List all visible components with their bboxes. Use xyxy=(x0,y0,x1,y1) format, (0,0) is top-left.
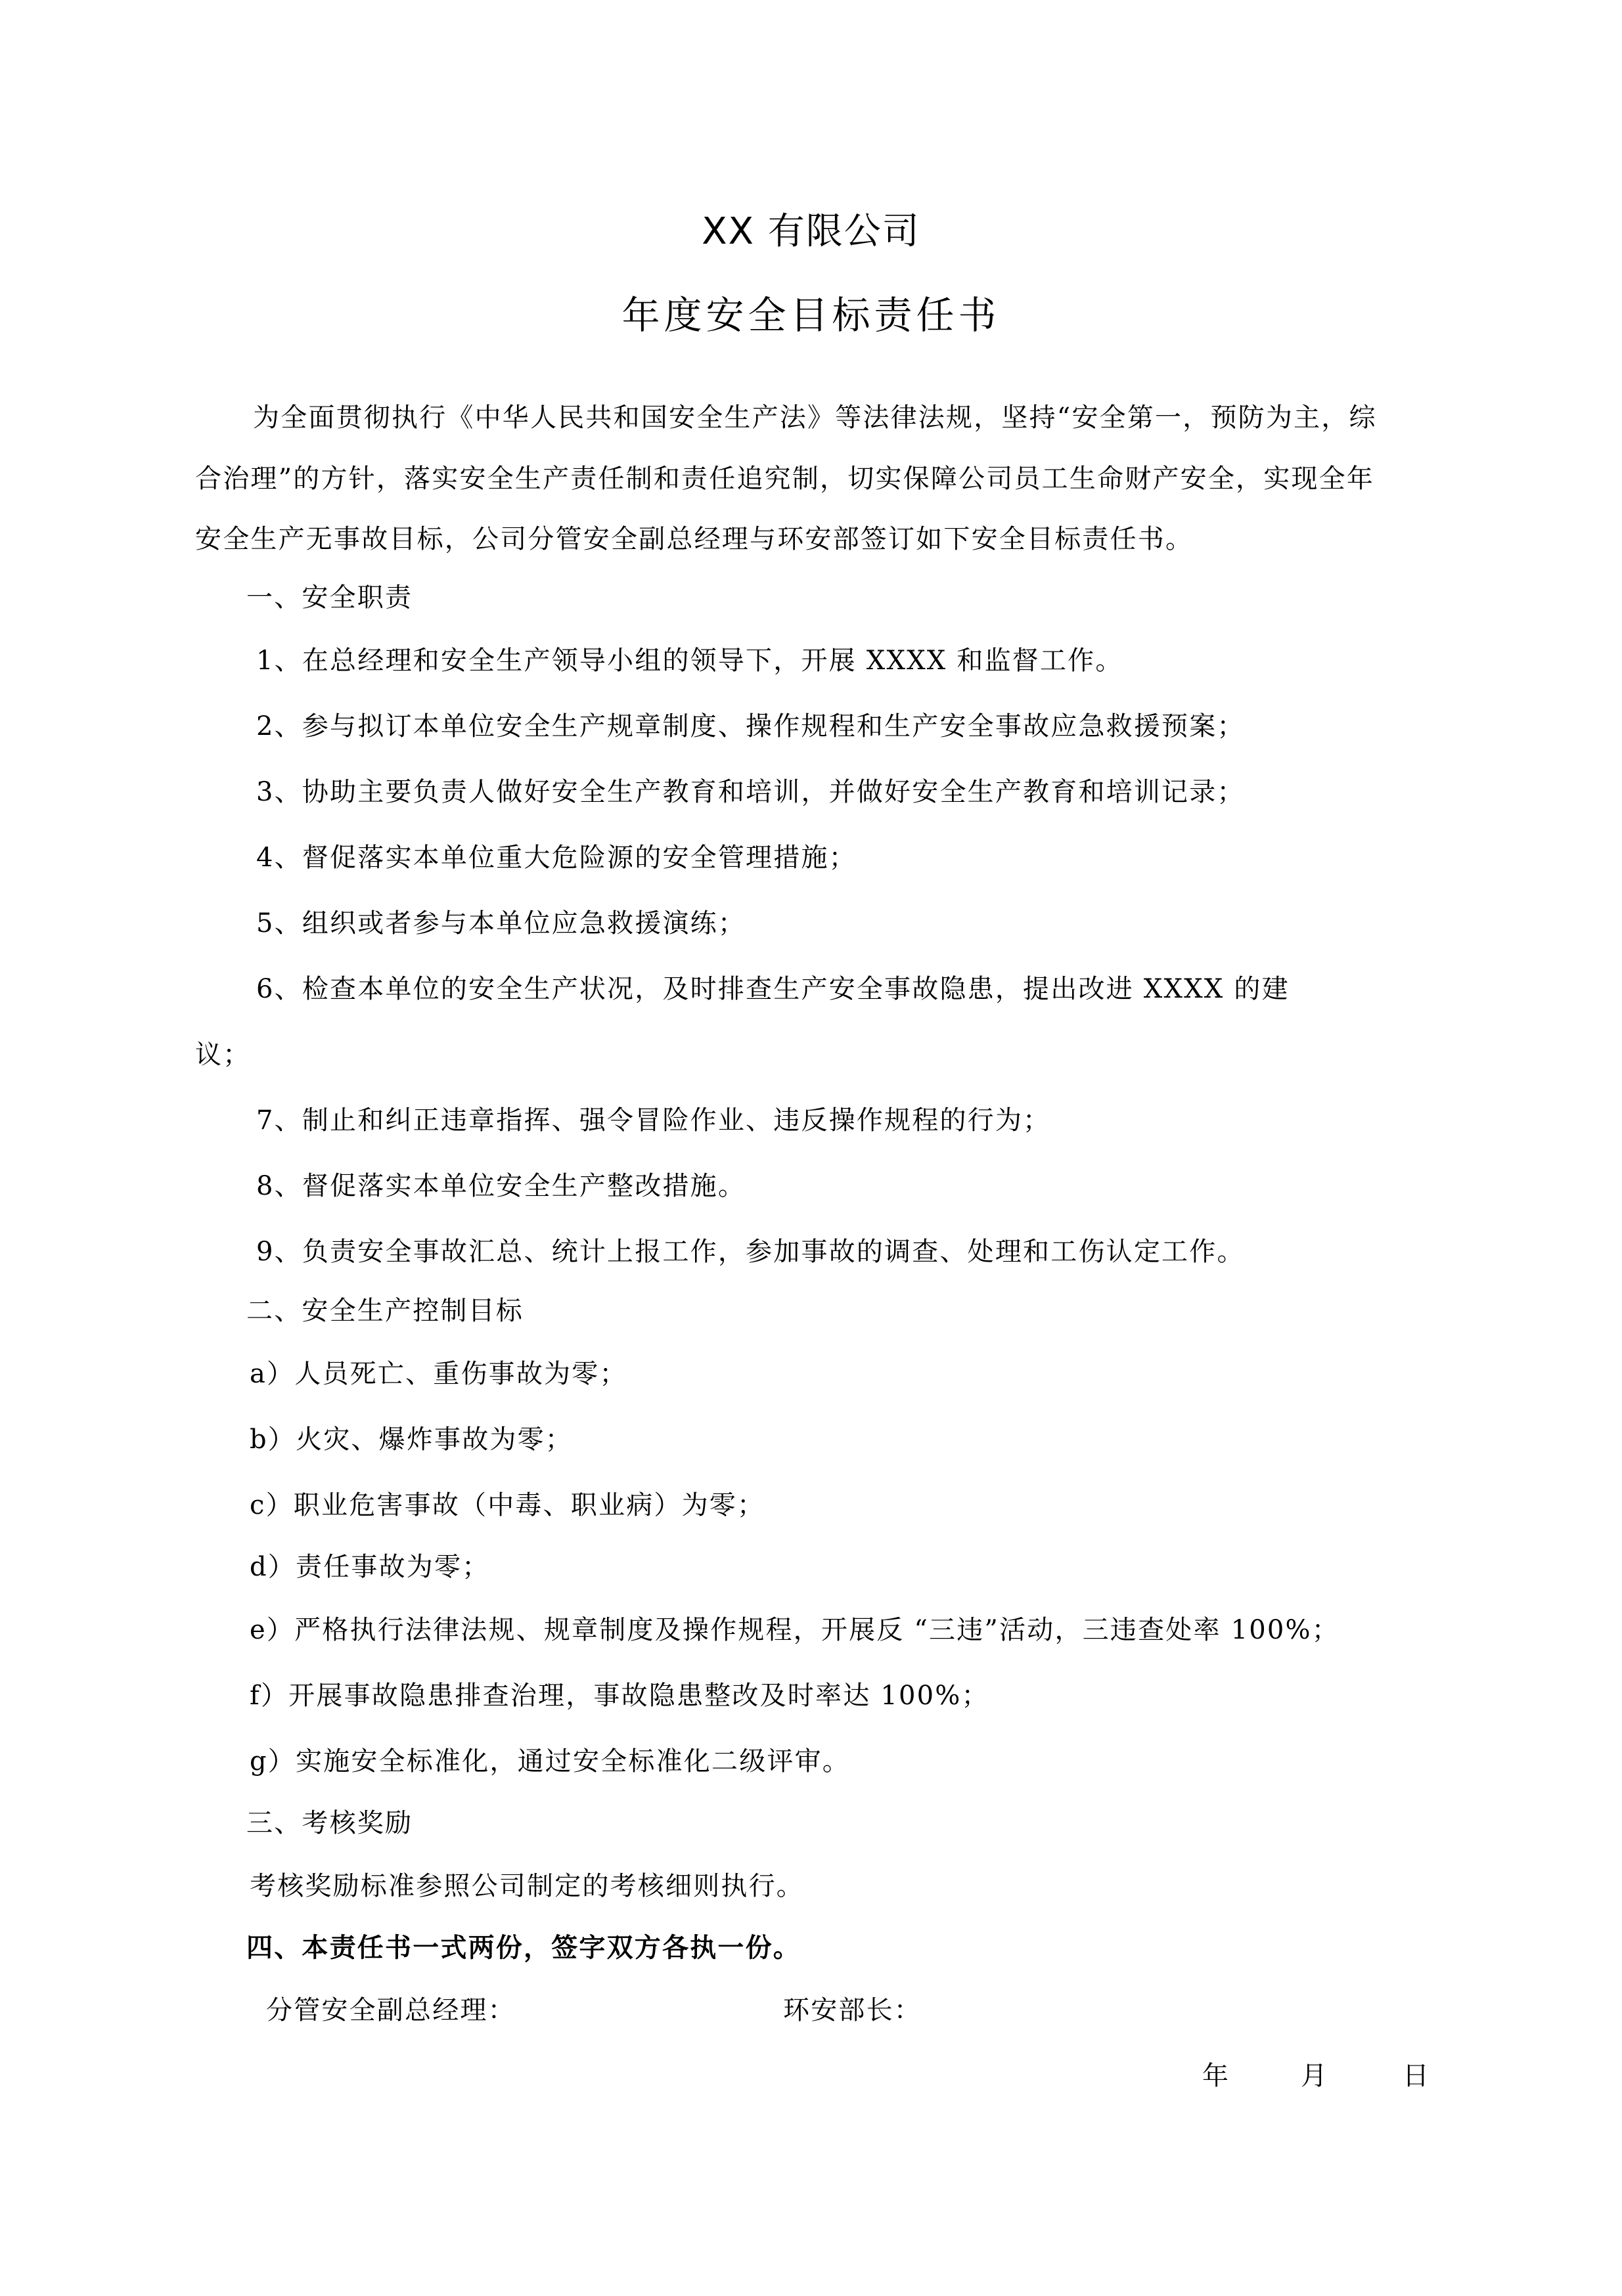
signature-label-deputy-gm: 分管安全副总经理： xyxy=(266,1995,516,2026)
list-item: 7、制止和纠正违章指挥、强令冒险作业、违反操作规程的行为； xyxy=(256,1105,1050,1136)
list-item: d）责任事故为零； xyxy=(250,1551,489,1583)
section-heading: 四、本责任书一式两份，签字双方各执一份。 xyxy=(246,1932,801,1964)
list-item: a）人员死亡、重伤事故为零； xyxy=(250,1358,627,1390)
company-title: XX 有限公司 xyxy=(0,209,1622,255)
list-item-continuation: 议； xyxy=(195,1039,250,1071)
document-title: 年度安全目标责任书 xyxy=(0,292,1622,339)
list-item: f）开展事故隐患排查治理，事故隐患整改及时率达 100%； xyxy=(250,1680,989,1711)
list-item: 9、负责安全事故汇总、统计上报工作，参加事故的调查、处理和工伤认定工作。 xyxy=(256,1236,1245,1268)
list-item: 5、组织或者参与本单位应急救援演练； xyxy=(256,908,746,939)
intro-line: 为全面贯彻执行《中华人民共和国安全生产法》等法律法规，坚持“安全第一，预防为主，… xyxy=(253,402,1377,433)
list-item: 3、协助主要负责人做好安全生产教育和培训，并做好安全生产教育和培训记录； xyxy=(256,776,1245,808)
intro-line: 合治理”的方针，落实安全生产责任制和责任追究制，切实保障公司员工生命财产安全，实… xyxy=(195,463,1374,495)
list-item: 8、督促落实本单位安全生产整改措施。 xyxy=(256,1170,746,1202)
list-item: g）实施安全标准化，通过安全标准化二级评审。 xyxy=(250,1746,850,1777)
signature-label-ehs-head: 环安部长： xyxy=(783,1995,922,2026)
list-item: 4、督促落实本单位重大危险源的安全管理措施； xyxy=(256,842,857,873)
list-item: e）严格执行法律法规、规章制度及操作规程，开展反 “三违”活动，三违查处率 10… xyxy=(250,1614,1340,1646)
section-heading: 三、考核奖励 xyxy=(246,1807,413,1839)
date-day-label: 日 xyxy=(1403,2060,1429,2092)
date-year-label: 年 xyxy=(1202,2060,1228,2092)
date-month-label: 月 xyxy=(1301,2060,1327,2092)
list-item: 1、在总经理和安全生产领导小组的领导下，开展 XXXX 和监督工作。 xyxy=(256,645,1123,676)
section-body: 考核奖励标准参照公司制定的考核细则执行。 xyxy=(250,1870,804,1902)
list-item: 2、参与拟订本单位安全生产规章制度、操作规程和生产安全事故应急救援预案； xyxy=(256,711,1245,742)
section-heading: 一、安全职责 xyxy=(246,582,413,613)
list-item: 6、检查本单位的安全生产状况，及时排查生产安全事故隐患，提出改进 XXXX 的建 xyxy=(256,973,1290,1005)
section-heading: 二、安全生产控制目标 xyxy=(246,1295,524,1327)
document-page: XX 有限公司 年度安全目标责任书 为全面贯彻执行《中华人民共和国安全生产法》等… xyxy=(0,0,1622,2296)
intro-line: 安全生产无事故目标，公司分管安全副总经理与环安部签订如下安全目标责任书。 xyxy=(195,523,1193,555)
list-item: c）职业危害事故（中毒、职业病）为零； xyxy=(250,1490,765,1521)
list-item: b）火灾、爆炸事故为零； xyxy=(250,1424,573,1455)
